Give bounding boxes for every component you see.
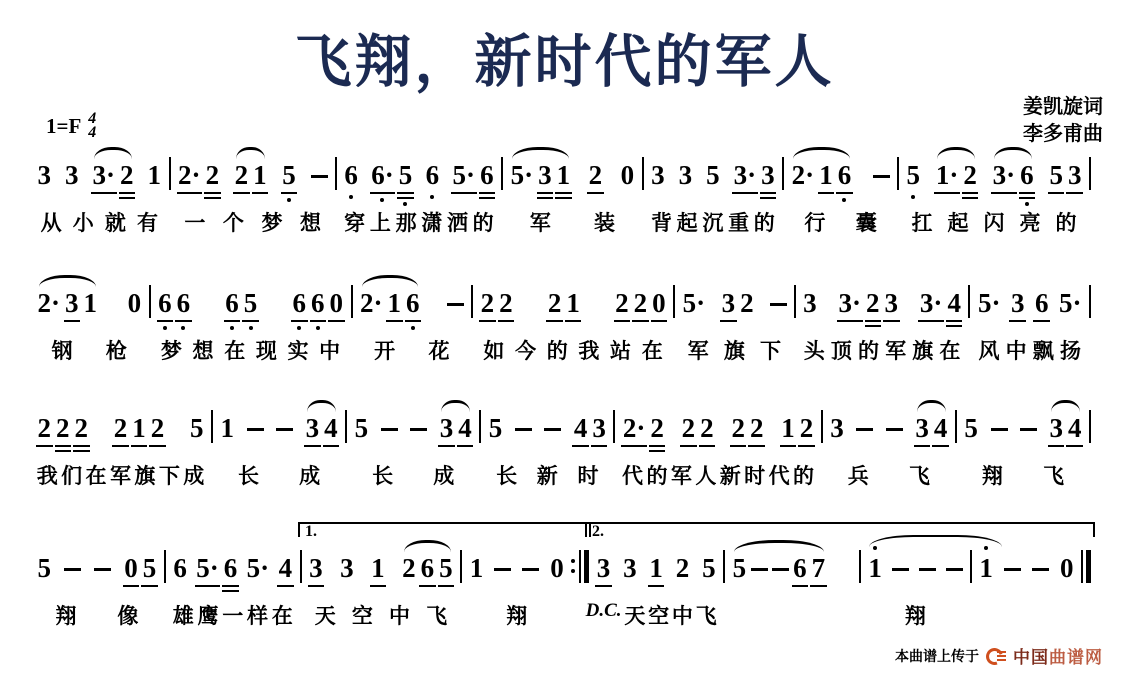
lyrics-row: 行囊 — [789, 207, 892, 237]
measure: 2221220如今的我站在 — [473, 284, 673, 365]
lyric-syllable: 中 — [1006, 335, 1027, 365]
low-octave-dot — [842, 198, 846, 202]
dash-note — [892, 568, 909, 572]
lyric-syllable: 潇 — [421, 207, 442, 237]
note: 5· — [508, 160, 536, 190]
measure: 5·365·风中飘扬 — [970, 284, 1089, 365]
notes-row: 2·2222212 — [620, 409, 815, 443]
note: 1 — [467, 553, 486, 583]
note: 3 — [338, 553, 357, 583]
measure: 567 — [725, 549, 859, 600]
note: 3 — [676, 160, 695, 190]
lyric-syllable: 一 — [222, 600, 243, 630]
lyric-syllable: 旗 — [134, 460, 155, 490]
measure: 2222125我们在军旗下成 — [30, 409, 211, 490]
lyricist-credit: 姜凯旋词 — [1023, 94, 1103, 121]
lyric-syllable: 像 — [117, 600, 138, 630]
note: 3 — [307, 553, 326, 583]
lyrics-row: 翔像 — [35, 600, 159, 630]
low-octave-dot — [287, 198, 291, 202]
dash-note — [94, 568, 111, 572]
note: 1 — [369, 553, 388, 583]
note: 5 — [437, 553, 456, 583]
composer-credit: 李多甫曲 — [1023, 121, 1103, 148]
lyric-syllable: 的 — [646, 460, 667, 490]
low-octave-dot — [411, 326, 415, 330]
lyrics-row: 钢枪 — [35, 335, 144, 365]
note: 2 — [35, 413, 54, 443]
lyric-syllable: 在 — [224, 335, 245, 365]
note: 3 — [35, 160, 54, 190]
note: 2· — [176, 160, 204, 190]
slur-group: 34 — [303, 413, 340, 443]
note: 2 — [118, 160, 137, 190]
lyric-syllable: 翔 — [55, 600, 76, 630]
note: 7 — [809, 553, 828, 583]
lyric-syllable: 军 — [671, 460, 692, 490]
note: 3· — [731, 160, 759, 190]
note: 2 — [797, 413, 816, 443]
note: 6 — [171, 553, 190, 583]
note: 3· — [90, 160, 118, 190]
thick-bar — [1086, 550, 1091, 583]
note: 2 — [400, 553, 419, 583]
lyric-syllable: 站 — [610, 335, 631, 365]
lyric-syllable: 人 — [695, 460, 716, 490]
score-line: 2·310钢枪6665660梦想在现实中2·16开花2221220如今的我站在5… — [30, 284, 1091, 365]
note: 4 — [456, 413, 475, 443]
note: 2 — [961, 160, 980, 190]
measure: 6665660梦想在现实中 — [151, 284, 351, 365]
note: 6 — [1032, 288, 1051, 318]
note: 0 — [125, 288, 144, 318]
note: 1· — [933, 160, 961, 190]
dash-note — [515, 428, 532, 432]
lyric-syllable: 在 — [939, 335, 960, 365]
note: 5 — [396, 160, 415, 190]
note: 4 — [276, 553, 295, 583]
low-octave-dot — [1025, 202, 1029, 206]
note: 5· — [1056, 288, 1084, 318]
note: 1 — [564, 288, 583, 318]
note: 2 — [148, 413, 167, 443]
lyric-syllable: 时 — [744, 460, 765, 490]
lyric-syllable: 亮 — [1019, 207, 1040, 237]
lyric-syllable: 起 — [677, 207, 698, 237]
note: 6 — [156, 288, 175, 318]
notes-row: 134 — [218, 409, 340, 443]
lyric-syllable: 下 — [760, 335, 781, 365]
lyric-syllable: 中 — [672, 600, 693, 630]
note: 3 — [1047, 413, 1066, 443]
notes-row: 1 — [866, 549, 965, 583]
lyric-syllable: 我 — [578, 335, 599, 365]
note: 3 — [913, 413, 932, 443]
note: 5· — [194, 553, 222, 583]
lyric-syllable: 沉 — [702, 207, 723, 237]
note: 1 — [385, 288, 404, 318]
lyric-syllable: 扬 — [1060, 335, 1081, 365]
lyric-syllable: 想 — [300, 207, 321, 237]
volta-bracket-2: 2. — [585, 522, 1095, 537]
note: 1 — [779, 413, 798, 443]
lyric-syllable: 有 — [137, 207, 158, 237]
note: 0 — [1057, 553, 1076, 583]
lyric-syllable: 囊 — [856, 207, 877, 237]
lyric-syllable: 在 — [642, 335, 663, 365]
lyrics-row: 军旗下 — [680, 335, 789, 365]
beam-group: 05 — [122, 553, 159, 583]
lyric-syllable: 风 — [979, 335, 1000, 365]
note: 0 — [618, 160, 637, 190]
slur-group: 5·31 — [508, 160, 573, 190]
note: 6 — [835, 160, 854, 190]
lyrics-row: 头顶的军旗在 — [801, 335, 964, 365]
thin-bar — [1081, 550, 1083, 583]
slur-group: 567 — [730, 553, 828, 583]
note: 3 — [621, 553, 640, 583]
lyric-syllable: 翔 — [982, 460, 1003, 490]
beam-group: 3·23 — [836, 288, 901, 318]
lyric-syllable: 军 — [530, 207, 551, 237]
key-tonic: 1=F — [46, 114, 81, 139]
lyric-syllable: 的 — [858, 335, 879, 365]
low-octave-dot — [163, 326, 167, 330]
lyrics-row: 背起沉重的 — [649, 207, 778, 237]
note: 6 — [418, 553, 437, 583]
note: 2· — [35, 288, 63, 318]
note: 0 — [650, 288, 669, 318]
lyrics-row: 长新时 — [486, 460, 608, 490]
note: 1 — [251, 160, 270, 190]
lyric-syllable: 枪 — [106, 335, 127, 365]
barline — [1089, 285, 1091, 318]
dash-note — [1004, 568, 1021, 572]
lyric-syllable: 今 — [515, 335, 536, 365]
note: 2 — [586, 160, 605, 190]
notes-row: 65·65·4 — [171, 549, 295, 583]
lyric-syllable: 行 — [804, 207, 825, 237]
note: 2 — [738, 288, 757, 318]
note: 5 — [904, 160, 923, 190]
slur-group: 1·2 — [933, 160, 979, 190]
lyric-syllable: 在 — [272, 600, 293, 630]
dash-note — [544, 428, 561, 432]
thin-bar — [1089, 157, 1091, 190]
song-title: 飞翔，新时代的军人 — [0, 16, 1129, 98]
measure: 534翔飞 — [957, 409, 1089, 490]
note: 3 — [1065, 160, 1084, 190]
note: 2 — [478, 288, 497, 318]
notes-row: 5·32 — [680, 284, 789, 318]
lyrics-row: 天空中飞 — [307, 600, 456, 630]
beam-group: 2·2 — [176, 160, 222, 190]
lyric-syllable: 背 — [651, 207, 672, 237]
lyric-syllable: 顶 — [831, 335, 852, 365]
lyric-syllable: 飞 — [1043, 460, 1064, 490]
notes-row: 51·23·653 — [904, 156, 1084, 190]
note: 3 — [437, 413, 456, 443]
low-octave-dot — [181, 326, 185, 330]
lyric-syllable: 梦 — [261, 207, 282, 237]
lyrics-row: 我们在军旗下成 — [35, 460, 206, 490]
slur-group: 2·31 — [35, 288, 100, 318]
lyric-syllable: 中 — [389, 600, 410, 630]
note: 5· — [975, 288, 1003, 318]
notes-row: 33·233·4 — [801, 284, 964, 318]
note: 5 — [187, 413, 206, 443]
beam-group: 66 — [156, 288, 193, 318]
lyrics-row: 翔飞 — [962, 460, 1084, 490]
note: 5· — [450, 160, 478, 190]
note: 2 — [497, 288, 516, 318]
beam-group: 222 — [35, 413, 91, 443]
lyrics-row: 梦想在现实中 — [156, 335, 346, 365]
lyric-syllable: 新 — [537, 460, 558, 490]
note: 3 — [590, 413, 609, 443]
note: 2· — [789, 160, 817, 190]
dash-note — [770, 303, 787, 307]
lyric-syllable: 洒 — [447, 207, 468, 237]
note: 0 — [548, 553, 567, 583]
measure: 2·2215一个梦想 — [171, 156, 335, 237]
thin-bar — [579, 550, 581, 583]
note: 1 — [977, 553, 996, 583]
lyric-syllable: 开 — [374, 335, 395, 365]
lyric-syllable: 飘 — [1033, 335, 1054, 365]
note: 6 — [223, 288, 242, 318]
lyric-syllable: 扛 — [912, 207, 933, 237]
note: 3· — [836, 288, 864, 318]
lyric-syllable: 代 — [622, 460, 643, 490]
slur-group: 3·2 — [90, 160, 136, 190]
note: 2 — [747, 413, 766, 443]
lyric-syllable: 的 — [547, 335, 568, 365]
dash-note — [751, 568, 768, 572]
lyric-syllable: 花 — [428, 335, 449, 365]
site-name-part2: 曲谱网 — [1049, 648, 1103, 667]
lyrics-row: 兵飞 — [828, 460, 950, 490]
beam-group: 32 — [719, 288, 756, 318]
dash-note — [919, 568, 936, 572]
measure: 2·2222212代的军人新时代的 — [615, 409, 820, 490]
measure: 66·565·6穿上那潇洒的 — [337, 156, 501, 237]
note: 5 — [700, 553, 719, 583]
measure: 334兵飞 — [823, 409, 955, 490]
note: 1 — [647, 553, 666, 583]
note: 2 — [673, 553, 692, 583]
measure: 10 — [972, 549, 1081, 600]
lyrics-row: 风中飘扬 — [975, 335, 1084, 365]
lyrics-row: 开花 — [358, 335, 467, 365]
slur-group: 2·16 — [789, 160, 854, 190]
note: 1 — [145, 160, 164, 190]
notes-row: 66·565·6 — [342, 156, 496, 190]
low-octave-dot — [249, 326, 253, 330]
note: 6 — [1018, 160, 1037, 190]
lyric-syllable: 长 — [372, 460, 393, 490]
lyrics-row: 代的军人新时代的 — [620, 460, 815, 490]
note: 5 — [730, 553, 749, 583]
lyric-syllable: 军 — [885, 335, 906, 365]
lyric-syllable: 兵 — [848, 460, 869, 490]
lyric-syllable: 飞 — [696, 600, 717, 630]
dash-note — [447, 303, 464, 307]
lyrics-row: 翔 — [866, 600, 965, 630]
note: 1 — [866, 553, 885, 583]
slur-group: 21 — [232, 160, 269, 190]
repeat-dot — [571, 559, 575, 563]
lyric-syllable: 闪 — [983, 207, 1004, 237]
measure: 2·16行囊 — [784, 156, 897, 237]
note: 5 — [352, 413, 371, 443]
low-octave-dot — [349, 195, 353, 199]
note: 4 — [322, 413, 341, 443]
beam-group: 220 — [613, 288, 669, 318]
lyric-syllable: 的 — [754, 207, 775, 237]
lyric-syllable: 成 — [299, 460, 320, 490]
note: 6 — [791, 553, 810, 583]
lyric-syllable: 现 — [256, 335, 277, 365]
lyric-syllable: 成 — [433, 460, 454, 490]
repeat-dot — [571, 569, 575, 573]
measure: 51·23·653扛起闪亮的 — [899, 156, 1089, 237]
lyric-syllable: 个 — [223, 207, 244, 237]
beam-group: 5·6 — [450, 160, 496, 190]
slur-group: 34 — [437, 413, 474, 443]
dash-note — [1032, 568, 1049, 572]
note: 3 — [719, 288, 738, 318]
dc-marker: D.C. — [586, 600, 622, 630]
notes-row: 534 — [352, 409, 474, 443]
dash-note — [381, 428, 398, 432]
dash-note — [772, 568, 789, 572]
note: 3 — [536, 160, 555, 190]
slur-group: 34 — [1047, 413, 1084, 443]
note: 6 — [342, 160, 361, 190]
beam-group: 2·2 — [620, 413, 666, 443]
notes-row: 33125 — [594, 549, 718, 583]
barline — [1089, 410, 1091, 443]
measure: 134长成 — [213, 409, 345, 490]
lyric-syllable: 想 — [193, 335, 214, 365]
dash-note — [1020, 428, 1037, 432]
measure: 534长成 — [347, 409, 479, 490]
score-line: 505翔像65·65·4雄鹰一样在331265天空中飞10翔33125D.C.天… — [30, 549, 1091, 630]
low-octave-dot — [403, 202, 407, 206]
measure: 3353·3背起沉重的 — [644, 156, 783, 237]
credits-block: 姜凯旋词 李多甫曲 — [1023, 94, 1103, 148]
note: 5 — [704, 160, 723, 190]
dash-note — [64, 568, 81, 572]
measure: 33125D.C.天空中飞 — [589, 549, 723, 630]
notes-row: 2221220 — [478, 284, 668, 318]
beam-group: 43 — [571, 413, 608, 443]
lyric-syllable: 小 — [73, 207, 94, 237]
note: 3· — [917, 288, 945, 318]
measure: 1翔 — [861, 549, 970, 630]
notes-row: 333·21 — [35, 156, 164, 190]
note: 0 — [122, 553, 141, 583]
beam-group: 3·3 — [731, 160, 777, 190]
notes-row: 2·16 — [358, 284, 467, 318]
lyric-syllable: 下 — [159, 460, 180, 490]
low-octave-dot — [230, 326, 234, 330]
lyric-syllable: 那 — [396, 207, 417, 237]
lyric-syllable: 天 — [624, 600, 645, 630]
note: 5· — [244, 553, 272, 583]
dash-note — [494, 568, 511, 572]
lyric-syllable: 穿 — [344, 207, 365, 237]
note: 5 — [241, 288, 260, 318]
dash-note — [991, 428, 1008, 432]
measure: 2·310钢枪 — [30, 284, 149, 365]
dash-note — [410, 428, 427, 432]
measure: 5·32军旗下 — [675, 284, 794, 365]
notes-row: 10 — [977, 549, 1076, 583]
slur-group: 3·6 — [990, 160, 1036, 190]
lyrics-row: 如今的我站在 — [478, 335, 668, 365]
lyric-syllable: 中 — [319, 335, 340, 365]
lyric-syllable: 重 — [728, 207, 749, 237]
notes-row: 567 — [730, 549, 854, 583]
lyrics-row: 军装 — [508, 207, 637, 237]
slur-group: 2·16 — [358, 288, 423, 318]
volta-label: 2. — [592, 523, 604, 541]
notes-row: 334 — [828, 409, 950, 443]
measure: 5·3120军装 — [503, 156, 642, 237]
note: 3 — [63, 288, 82, 318]
dash-note — [247, 428, 264, 432]
lyric-syllable: 钢 — [52, 335, 73, 365]
note: 4 — [1065, 413, 1084, 443]
note: 2 — [54, 413, 73, 443]
lyrics-row: 穿上那潇洒的 — [342, 207, 496, 237]
note: 4 — [945, 288, 964, 318]
lyric-syllable: 上 — [370, 207, 391, 237]
measure: 505翔像 — [30, 549, 164, 630]
lyric-syllable: 我 — [37, 460, 58, 490]
beam-group: 6·5 — [369, 160, 415, 190]
notes-row: 331265 — [307, 549, 456, 583]
note: 1 — [81, 288, 100, 318]
repeat-dots — [571, 559, 575, 573]
note: 3 — [801, 288, 820, 318]
lyric-syllable: 空 — [648, 600, 669, 630]
slur-group: 265 — [400, 553, 456, 583]
lyrics-row: 雄鹰一样在 — [171, 600, 295, 630]
notes-row: 543 — [486, 409, 608, 443]
measure: 65·65·4雄鹰一样在 — [166, 549, 300, 630]
note: 6 — [290, 288, 309, 318]
dash-note — [873, 175, 890, 179]
lyric-syllable: 们 — [61, 460, 82, 490]
lyric-syllable: 旗 — [912, 335, 933, 365]
thin-bar — [1089, 410, 1091, 443]
dash-note — [522, 568, 539, 572]
dash-note — [276, 428, 293, 432]
beam-group: 3·4 — [917, 288, 963, 318]
lyrics-row: 长成 — [218, 460, 340, 490]
note: 1 — [554, 160, 573, 190]
note: 2 — [648, 413, 667, 443]
upload-note: 本曲谱上传于 — [895, 646, 979, 666]
low-octave-dot — [316, 326, 320, 330]
notes-row: 5·365· — [975, 284, 1084, 318]
beam-group: 22 — [729, 413, 766, 443]
beam-group: 22 — [478, 288, 515, 318]
lyric-syllable: 鹰 — [197, 600, 218, 630]
